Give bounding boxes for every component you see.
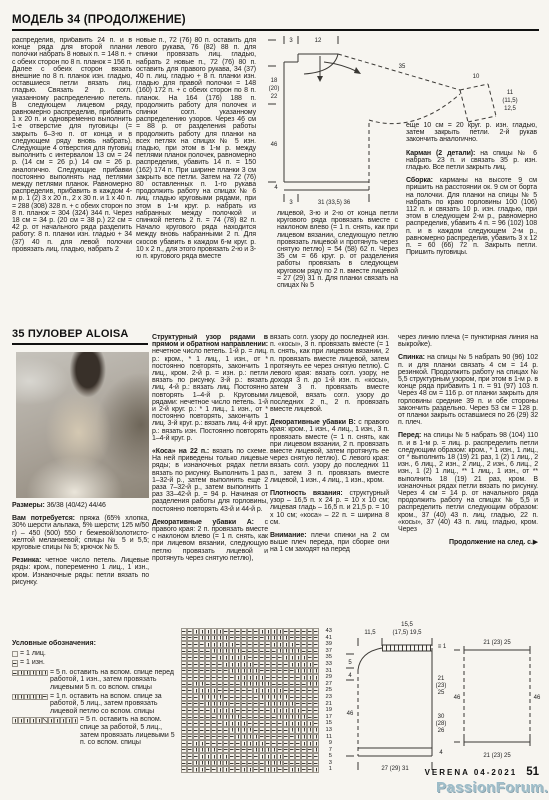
measure-label: 46: [454, 695, 461, 701]
model34-column-2: новые п., 72 (76) 80 п. оставить для лев…: [136, 37, 256, 333]
cable-chart: 434139373533312927252321191715131197531: [181, 628, 332, 773]
paragraph-text: на спицы № 5 набрать 90 (96) 102 п. и дл…: [398, 354, 538, 426]
section-header-model-34: МОДЕЛЬ 34 (ПРОДОЛЖЕНИЕ): [12, 14, 539, 31]
paragraph-lead: Структурный узор рядами в прямом и обрат…: [152, 334, 268, 348]
paragraph-text: с правого края: кром., 1 изн., 4 лиц., 1…: [270, 419, 389, 484]
materials-paragraph: Вам потребуется: пряжа (65% хлопка, 30% …: [12, 515, 149, 551]
chart-row-number: 15: [319, 720, 332, 727]
cable-symbol: [12, 669, 48, 692]
chart-row: 5: [181, 753, 332, 760]
paragraph-lead: Вам потребуется:: [12, 515, 75, 522]
model34-column-3: лицевой, 3-ю и 2-ю от конца петли кругов…: [277, 210, 398, 333]
pattern-paragraph: еще 10 см = 20 круг. р. изн. гладью, зат…: [406, 122, 537, 144]
pattern-paragraph: лицевой, 3-ю и 2-ю от конца петли кругов…: [277, 210, 398, 289]
measure-label: 4: [274, 185, 278, 191]
pullover-column-d: через линию плеча (= пунктирная линия на…: [398, 334, 538, 628]
magazine-issue: VERENA 04-2021: [425, 768, 518, 777]
legend-item: = 1 лиц.: [12, 650, 178, 659]
chart-row: 21: [181, 701, 332, 708]
stitch-symbol: [12, 650, 18, 659]
chart-row: 17: [181, 714, 332, 721]
pattern-paragraph: распределив, прибавить 24 п. и в конце р…: [12, 37, 132, 253]
chart-row: 1: [181, 766, 332, 773]
pattern-paragraph: Структурный узор рядами в прямом и обрат…: [152, 334, 268, 442]
paragraph-lead: Перед:: [398, 432, 421, 439]
chart-legend: Условные обозначения: = 1 лиц. = 1 изн. …: [12, 640, 178, 748]
chart-row: 13: [181, 727, 332, 734]
legend-text: = 5 п. оставить на вспом. спице перед ра…: [50, 669, 178, 692]
chart-row-number: 25: [319, 687, 332, 694]
chart-row: 37: [181, 648, 332, 655]
chart-row-number: 7: [319, 747, 332, 754]
magazine-page: МОДЕЛЬ 34 (ПРОДОЛЖЕНИЕ) распределив, при…: [0, 0, 549, 800]
measure-label: 12,5: [504, 106, 516, 112]
chart-row: 25: [181, 687, 332, 694]
chart-row-number: 9: [319, 740, 332, 747]
schematic-front-diagram: 11,5 15,5 (17,5) 19,5 5 4 46 21 (23) 25 …: [344, 618, 449, 778]
legend-text: = 5 п. оставить на вспом. спице за работ…: [80, 716, 178, 746]
chart-row: 11: [181, 734, 332, 741]
pullover-column-c: вязать согл. узору до последней изн. п. …: [270, 334, 389, 630]
measure-label: 22: [271, 94, 278, 100]
chart-row-number: 35: [319, 654, 332, 661]
chart-row: 31: [181, 668, 332, 675]
pattern-paragraph: Внимание: плечи спинки на 2 см выше плеч…: [270, 532, 389, 554]
pattern-paragraph: Плотность вязания: структурный узор – 16…: [270, 490, 389, 526]
chart-row-number: 1: [319, 766, 332, 773]
legend-text: = 1 изн.: [20, 659, 45, 668]
chart-row-number: 41: [319, 635, 332, 642]
measure-label: 11: [507, 90, 514, 96]
measure-label: 4: [439, 750, 443, 756]
legend-text: = 1 п. оставить на вспом. спице за работ…: [50, 693, 178, 716]
measure-label: 31 (33,5) 36: [318, 200, 351, 206]
chart-row-number: 17: [319, 714, 332, 721]
chart-row: 39: [181, 641, 332, 648]
measure-label: 18: [271, 78, 278, 84]
measure-label: 21 (23) 25: [483, 753, 511, 759]
measure-label: 4: [348, 673, 352, 679]
paragraph-lead: Размеры:: [12, 502, 45, 509]
legend-item: = 5 п. оставить на вспом. спице перед ра…: [12, 669, 178, 692]
chart-row-number: 33: [319, 661, 332, 668]
measure-label: 10: [473, 74, 480, 80]
chart-row-number: 5: [319, 753, 332, 760]
paragraph-text: карманы на высоте 9 см пришить на рассто…: [406, 177, 537, 256]
cable-symbol: [12, 716, 78, 746]
measure-label: 26: [438, 728, 445, 734]
pattern-paragraph: Перед: на спицы № 5 набрать 98 (104) 110…: [398, 432, 538, 533]
pattern-paragraph: Карман (2 детали): на спицы № 6 набрать …: [406, 150, 537, 172]
measure-label: 27 (29) 31: [381, 766, 409, 772]
paragraph-lead: Резинка:: [12, 557, 41, 564]
measure-label: (20): [269, 86, 280, 92]
measure-label: (11,5): [502, 98, 517, 104]
measure-label: 46: [347, 711, 354, 717]
chart-row: 19: [181, 707, 332, 714]
legend-item: = 1 п. оставить на вспом. спице за работ…: [12, 693, 178, 716]
chart-row: 7: [181, 747, 332, 754]
model-photo: [16, 352, 149, 498]
paragraph-lead: «Коса» на 22 п.:: [152, 448, 209, 455]
cable-symbol: [12, 693, 48, 716]
watermark: PassionForum.ru: [436, 779, 549, 796]
pattern-paragraph: Декоративные убавки В: с правого края: к…: [270, 419, 389, 484]
chart-row-number: 21: [319, 701, 332, 708]
measure-label: 3: [289, 200, 293, 206]
rib-mark: ≡ 1: [438, 644, 447, 650]
measure-label: 30: [438, 714, 445, 720]
pattern-paragraph: через линию плеча (= пунктирная линия на…: [398, 334, 538, 348]
chart-row-number: 23: [319, 694, 332, 701]
legend-item: = 5 п. оставить на вспом. спице за работ…: [12, 716, 178, 746]
chart-row-number: 3: [319, 760, 332, 767]
rib-paragraph: Резинка: четное число петель. Лицевые ря…: [12, 557, 149, 586]
legend-item: = 1 изн.: [12, 659, 178, 668]
sizes-line: Размеры: 36/38 (40/42) 44/46: [12, 502, 149, 509]
chart-row: 41: [181, 635, 332, 642]
chart-row-number: 13: [319, 727, 332, 734]
paragraph-lead: Декоративные убавки А:: [152, 519, 254, 526]
paragraph-text: с правого края: 2 п. провязать вместе с …: [152, 519, 268, 562]
paragraph-lead: Декоративные убавки В:: [270, 419, 356, 426]
chart-row: 33: [181, 661, 332, 668]
chart-row-number: 39: [319, 641, 332, 648]
pattern-paragraph: новые п., 72 (76) 80 п. оставить для лев…: [136, 37, 256, 260]
measure-label: 25: [438, 690, 445, 696]
chart-row: 23: [181, 694, 332, 701]
model34-column-1: распределив, прибавить 24 п. и в конце р…: [12, 37, 132, 333]
paragraph-lead: Карман (2 детали):: [406, 150, 475, 157]
chart-row-number: 43: [319, 628, 332, 635]
chart-row-number: 27: [319, 681, 332, 688]
page-footer: VERENA 04-2021 51: [425, 766, 539, 778]
measure-label: (23): [436, 683, 447, 689]
chart-row: 3: [181, 760, 332, 767]
measure-label: 21 (23) 25: [483, 640, 511, 646]
pattern-paragraph: Декоративные убавки А: с правого края: 2…: [152, 519, 268, 562]
chart-row: 43: [181, 628, 332, 635]
pattern-paragraph: «Коса» на 22 п.: вязать по схеме. На ней…: [152, 448, 268, 513]
measure-label: 21: [438, 676, 445, 682]
measure-label: 46: [271, 142, 278, 148]
chart-row: 29: [181, 674, 332, 681]
pattern-paragraph: Сборка: карманы на высоте 9 см пришить н…: [406, 177, 537, 256]
chart-row: 27: [181, 681, 332, 688]
paragraph-text: вязать по схеме. На ней приведены только…: [152, 448, 268, 513]
chart-row-number: 29: [319, 674, 332, 681]
schematic-sleeve-diagram: 21 (23) 25 46 46 21 (23) 25: [452, 636, 542, 766]
paragraph-text: на спицы № 5 набрать 98 (104) 110 п. и в…: [398, 432, 538, 533]
chart-row-number: 31: [319, 668, 332, 675]
measure-label: 15,5: [401, 622, 413, 628]
measure-label: (17,5) 19,5: [392, 630, 422, 636]
section-header-pullover-aloisa: 35 ПУЛОВЕР ALOISA: [12, 328, 148, 345]
pattern-paragraph: вязать согл. узору до последней изн. п. …: [270, 334, 389, 413]
paragraph-lead: Спинка:: [398, 354, 425, 361]
page-number: 51: [526, 766, 539, 778]
paragraph-lead: Плотность вязания:: [270, 490, 343, 497]
paragraph-text: 36/38 (40/42) 44/46: [47, 502, 106, 509]
pattern-paragraph: Спинка: на спицы № 5 набрать 90 (96) 102…: [398, 354, 538, 426]
model34-column-4: еще 10 см = 20 круг. р. изн. гладью, зат…: [406, 122, 537, 333]
measure-label: (28): [436, 721, 447, 727]
chart-row: 15: [181, 720, 332, 727]
measure-label: 5: [348, 660, 352, 666]
measure-label: 3: [289, 38, 293, 44]
legend-title: Условные обозначения:: [12, 640, 178, 648]
measure-label: 46: [534, 695, 541, 701]
chart-row-number: 19: [319, 707, 332, 714]
chart-row: 35: [181, 654, 332, 661]
pullover-column-a: Размеры: 36/38 (40/42) 44/46 Вам потребу…: [12, 502, 149, 630]
legend-text: = 1 лиц.: [20, 650, 46, 659]
continued-notice: Продолжение на след. с.▶: [398, 539, 538, 546]
measure-label: 12: [315, 38, 322, 44]
paragraph-text: нечетное число петель. 1-й р. = лиц. р.:…: [152, 348, 268, 441]
stitch-symbol: [12, 659, 18, 668]
chart-row: 9: [181, 740, 332, 747]
measure-label: 11,5: [364, 630, 376, 636]
chart-row-number: 11: [319, 734, 332, 741]
measure-label: 35: [399, 64, 406, 70]
chart-row-number: 37: [319, 648, 332, 655]
pullover-column-b: Структурный узор рядами в прямом и обрат…: [152, 334, 268, 630]
